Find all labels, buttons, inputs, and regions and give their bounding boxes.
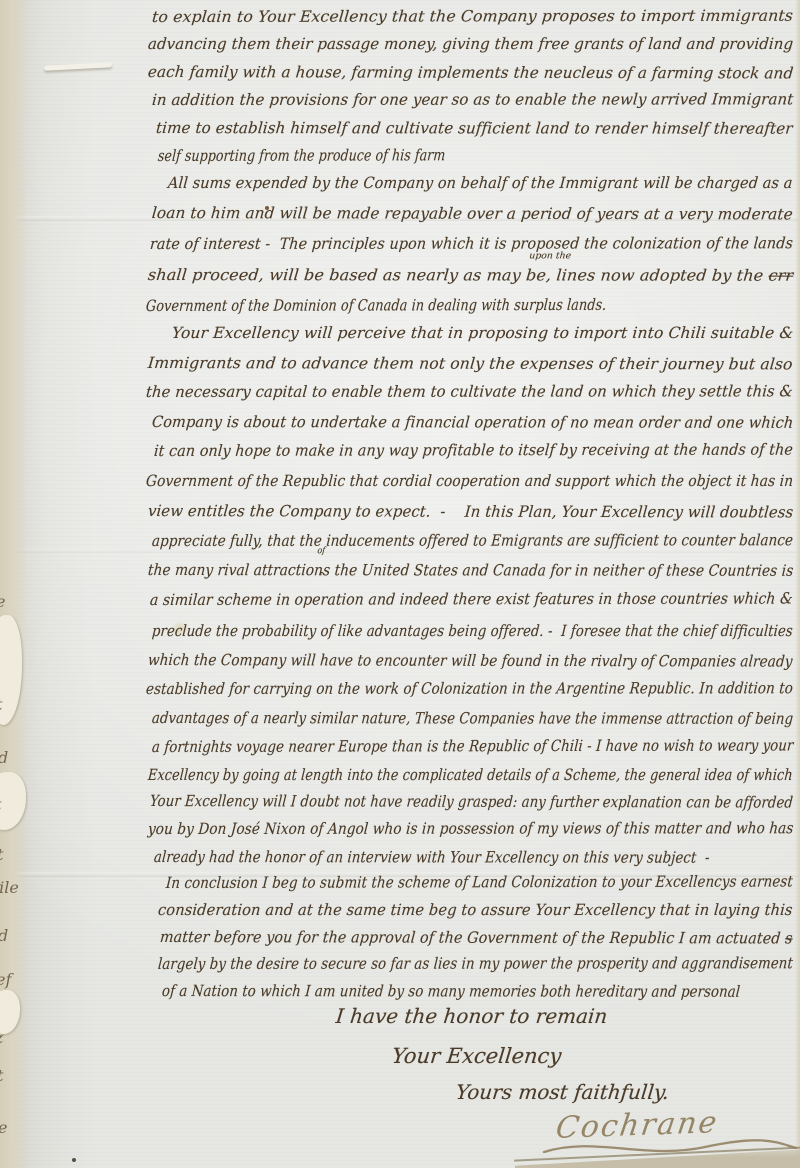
handwriting-text: view entitles the Company to expect. - I…	[147, 502, 794, 521]
edge-letter-fragment: t	[0, 795, 1, 814]
handwriting-text: you by Don José Nixon of Angol who is in…	[147, 819, 794, 838]
handwriting-line: matter before you for the approval of th…	[159, 924, 794, 951]
closing-line: Your Excellency	[391, 1044, 563, 1068]
handwriting-line: of a Nation to which I am united by so m…	[161, 978, 741, 1005]
handwriting-line: self supporting from the produce of his …	[157, 142, 446, 169]
paper-tear	[44, 62, 112, 71]
handwriting-line: established for carrying on the work of …	[145, 675, 794, 702]
handwriting-line: view entitles the Company to expect. - I…	[147, 498, 795, 525]
handwriting-line: time to establish himself and cultivate …	[155, 115, 794, 142]
handwriting-text: shall proceed, will be based as nearly a…	[147, 266, 769, 285]
closing-line: Yours most faithfully.	[455, 1080, 670, 1104]
handwriting-line: a similar scheme in operation and indeed…	[149, 586, 794, 613]
handwriting-line: in addition the provisions for one year …	[151, 86, 795, 113]
handwriting-line: advantages of a nearly similar nature, T…	[151, 705, 794, 732]
handwriting-text: the many rival attractions the United St…	[147, 561, 794, 580]
handwriting-line: the many rival attractions the United St…	[147, 557, 794, 584]
edge-letter-fragment: iile	[0, 878, 19, 897]
caret-mark: ^	[318, 572, 326, 582]
handwriting-text: already had the honor of an interview wi…	[153, 848, 710, 867]
handwriting-line: which the Company will have to encounter…	[147, 647, 794, 675]
handwriting-text: of a Nation to which I am united by so m…	[161, 982, 741, 1001]
handwriting-text: In conclusion I beg to submit the scheme…	[165, 872, 793, 892]
edge-letter-fragment: d	[0, 926, 8, 945]
handwriting-text: appreciate fully, that the inducements o…	[151, 531, 793, 550]
handwriting-text: Your Excellency will perceive that in pr…	[171, 324, 794, 342]
handwriting-line: Immigrants and to advance them not only …	[147, 350, 794, 377]
handwriting-text: Immigrants and to advance them not only …	[147, 354, 793, 373]
handwriting-line: Your Excellency will I doubt not have re…	[149, 788, 794, 816]
handwriting-text: self supporting from the produce of his …	[157, 146, 446, 165]
handwriting-line: loan to him and will be made repayable o…	[151, 200, 794, 227]
handwriting-text: a similar scheme in operation and indeed…	[149, 590, 793, 609]
handwriting-text: established for carrying on the work of …	[145, 679, 793, 698]
handwriting-text: loan to him and will be made repayable o…	[151, 204, 793, 223]
handwriting-text: Your Excellency will I doubt not have re…	[149, 792, 793, 812]
handwriting-text: preclude the probability of like advanta…	[151, 622, 793, 640]
handwriting-line: Your Excellency will perceive that in pr…	[171, 320, 795, 346]
handwriting-text: rate of interest - The principles upon w…	[149, 234, 793, 253]
handwriting-line: Company is about to undertake a financia…	[151, 409, 795, 436]
handwriting-line: rate of interest - The principles upon w…	[149, 230, 794, 257]
handwriting-line: In conclusion I beg to submit the scheme…	[165, 868, 794, 896]
handwriting-text: matter before you for the approval of th…	[159, 928, 786, 947]
page-right-edge	[795, 0, 800, 1168]
edge-letter-fragment: ef	[0, 970, 11, 989]
handwriting-text: Excellency by going at length into the c…	[147, 766, 793, 784]
handwriting-line: preclude the probability of like advanta…	[151, 618, 794, 644]
handwriting-line: you by Don José Nixon of Angol who is in…	[147, 815, 794, 842]
handwriting-text: a fortnights voyage nearer Europe than i…	[151, 736, 794, 756]
handwriting-line: Government of the Republic that cordial …	[145, 468, 794, 494]
handwriting-text: Government of the Republic that cordial …	[145, 472, 794, 490]
handwriting-text: advantages of a nearly similar nature, T…	[151, 709, 794, 728]
handwriting-text: the necessary capital to enable them to …	[145, 382, 793, 401]
handwriting-line: to explain to Your Excellency that the C…	[151, 3, 794, 30]
handwriting-text: time to establish himself and cultivate …	[155, 119, 793, 138]
closing-line: I have the honor to remain	[335, 1004, 609, 1028]
handwriting-line: it can only hope to make in any way prof…	[153, 437, 794, 464]
edge-letter-fragment: z	[0, 1028, 3, 1047]
handwriting-line: appreciate fully, that the inducements o…	[151, 527, 794, 554]
handwriting-text: consideration and at the same time beg t…	[157, 901, 793, 919]
edge-letter-fragment: t	[0, 1066, 3, 1085]
handwriting-text: in addition the provisions for one year …	[151, 90, 794, 109]
struck-out-word: s	[784, 929, 793, 947]
handwriting-line: Excellency by going at length into the c…	[147, 762, 794, 788]
edge-letter-fragment: e	[0, 592, 5, 611]
handwriting-line: the necessary capital to enable them to …	[145, 378, 794, 405]
handwriting-line: a fortnights voyage nearer Europe than i…	[151, 732, 794, 760]
handwriting-line: advancing them their passage money, givi…	[147, 31, 794, 57]
handwriting-line: All sums expended by the Company on beha…	[167, 170, 794, 196]
handwriting-text: Government of the Dominion of Canada in …	[145, 296, 607, 315]
handwriting-line: each family with a house, farming implem…	[147, 59, 795, 86]
edge-letter-fragment: t	[0, 695, 2, 714]
signature-underline-flourish	[540, 1132, 800, 1164]
edge-letter-fragment: d	[0, 748, 8, 767]
edge-letter-fragment: t	[0, 845, 3, 864]
handwriting-text: to explain to Your Excellency that the C…	[151, 7, 794, 26]
handwriting-line: already had the honor of an interview wi…	[153, 844, 711, 871]
handwriting-text: each family with a house, farming implem…	[147, 63, 794, 82]
insertion-above-line: of	[317, 546, 326, 556]
handwriting-line: shall proceed, will be based as nearly a…	[147, 262, 795, 289]
handwriting-line: consideration and at the same time beg t…	[157, 897, 794, 923]
handwriting-line: largely by the desire to secure so far a…	[157, 950, 794, 977]
handwriting-line: Government of the Dominion of Canada in …	[145, 292, 607, 319]
letter-page: to explain to Your Excellency that the C…	[0, 0, 800, 1168]
handwriting-text: advancing them their passage money, givi…	[147, 35, 794, 53]
handwriting-text: which the Company will have to encounter…	[147, 651, 793, 671]
ink-fleck	[72, 1158, 76, 1162]
edge-letter-fragment: e	[0, 1118, 7, 1137]
insertion-above-line: upon the	[529, 251, 572, 261]
handwriting-text: All sums expended by the Company on beha…	[167, 174, 793, 192]
struck-out-word: crr	[768, 267, 794, 285]
handwriting-text: largely by the desire to secure so far a…	[157, 954, 793, 973]
handwriting-text: Company is about to undertake a financia…	[151, 413, 794, 432]
handwriting-text: it can only hope to make in any way prof…	[153, 441, 793, 460]
